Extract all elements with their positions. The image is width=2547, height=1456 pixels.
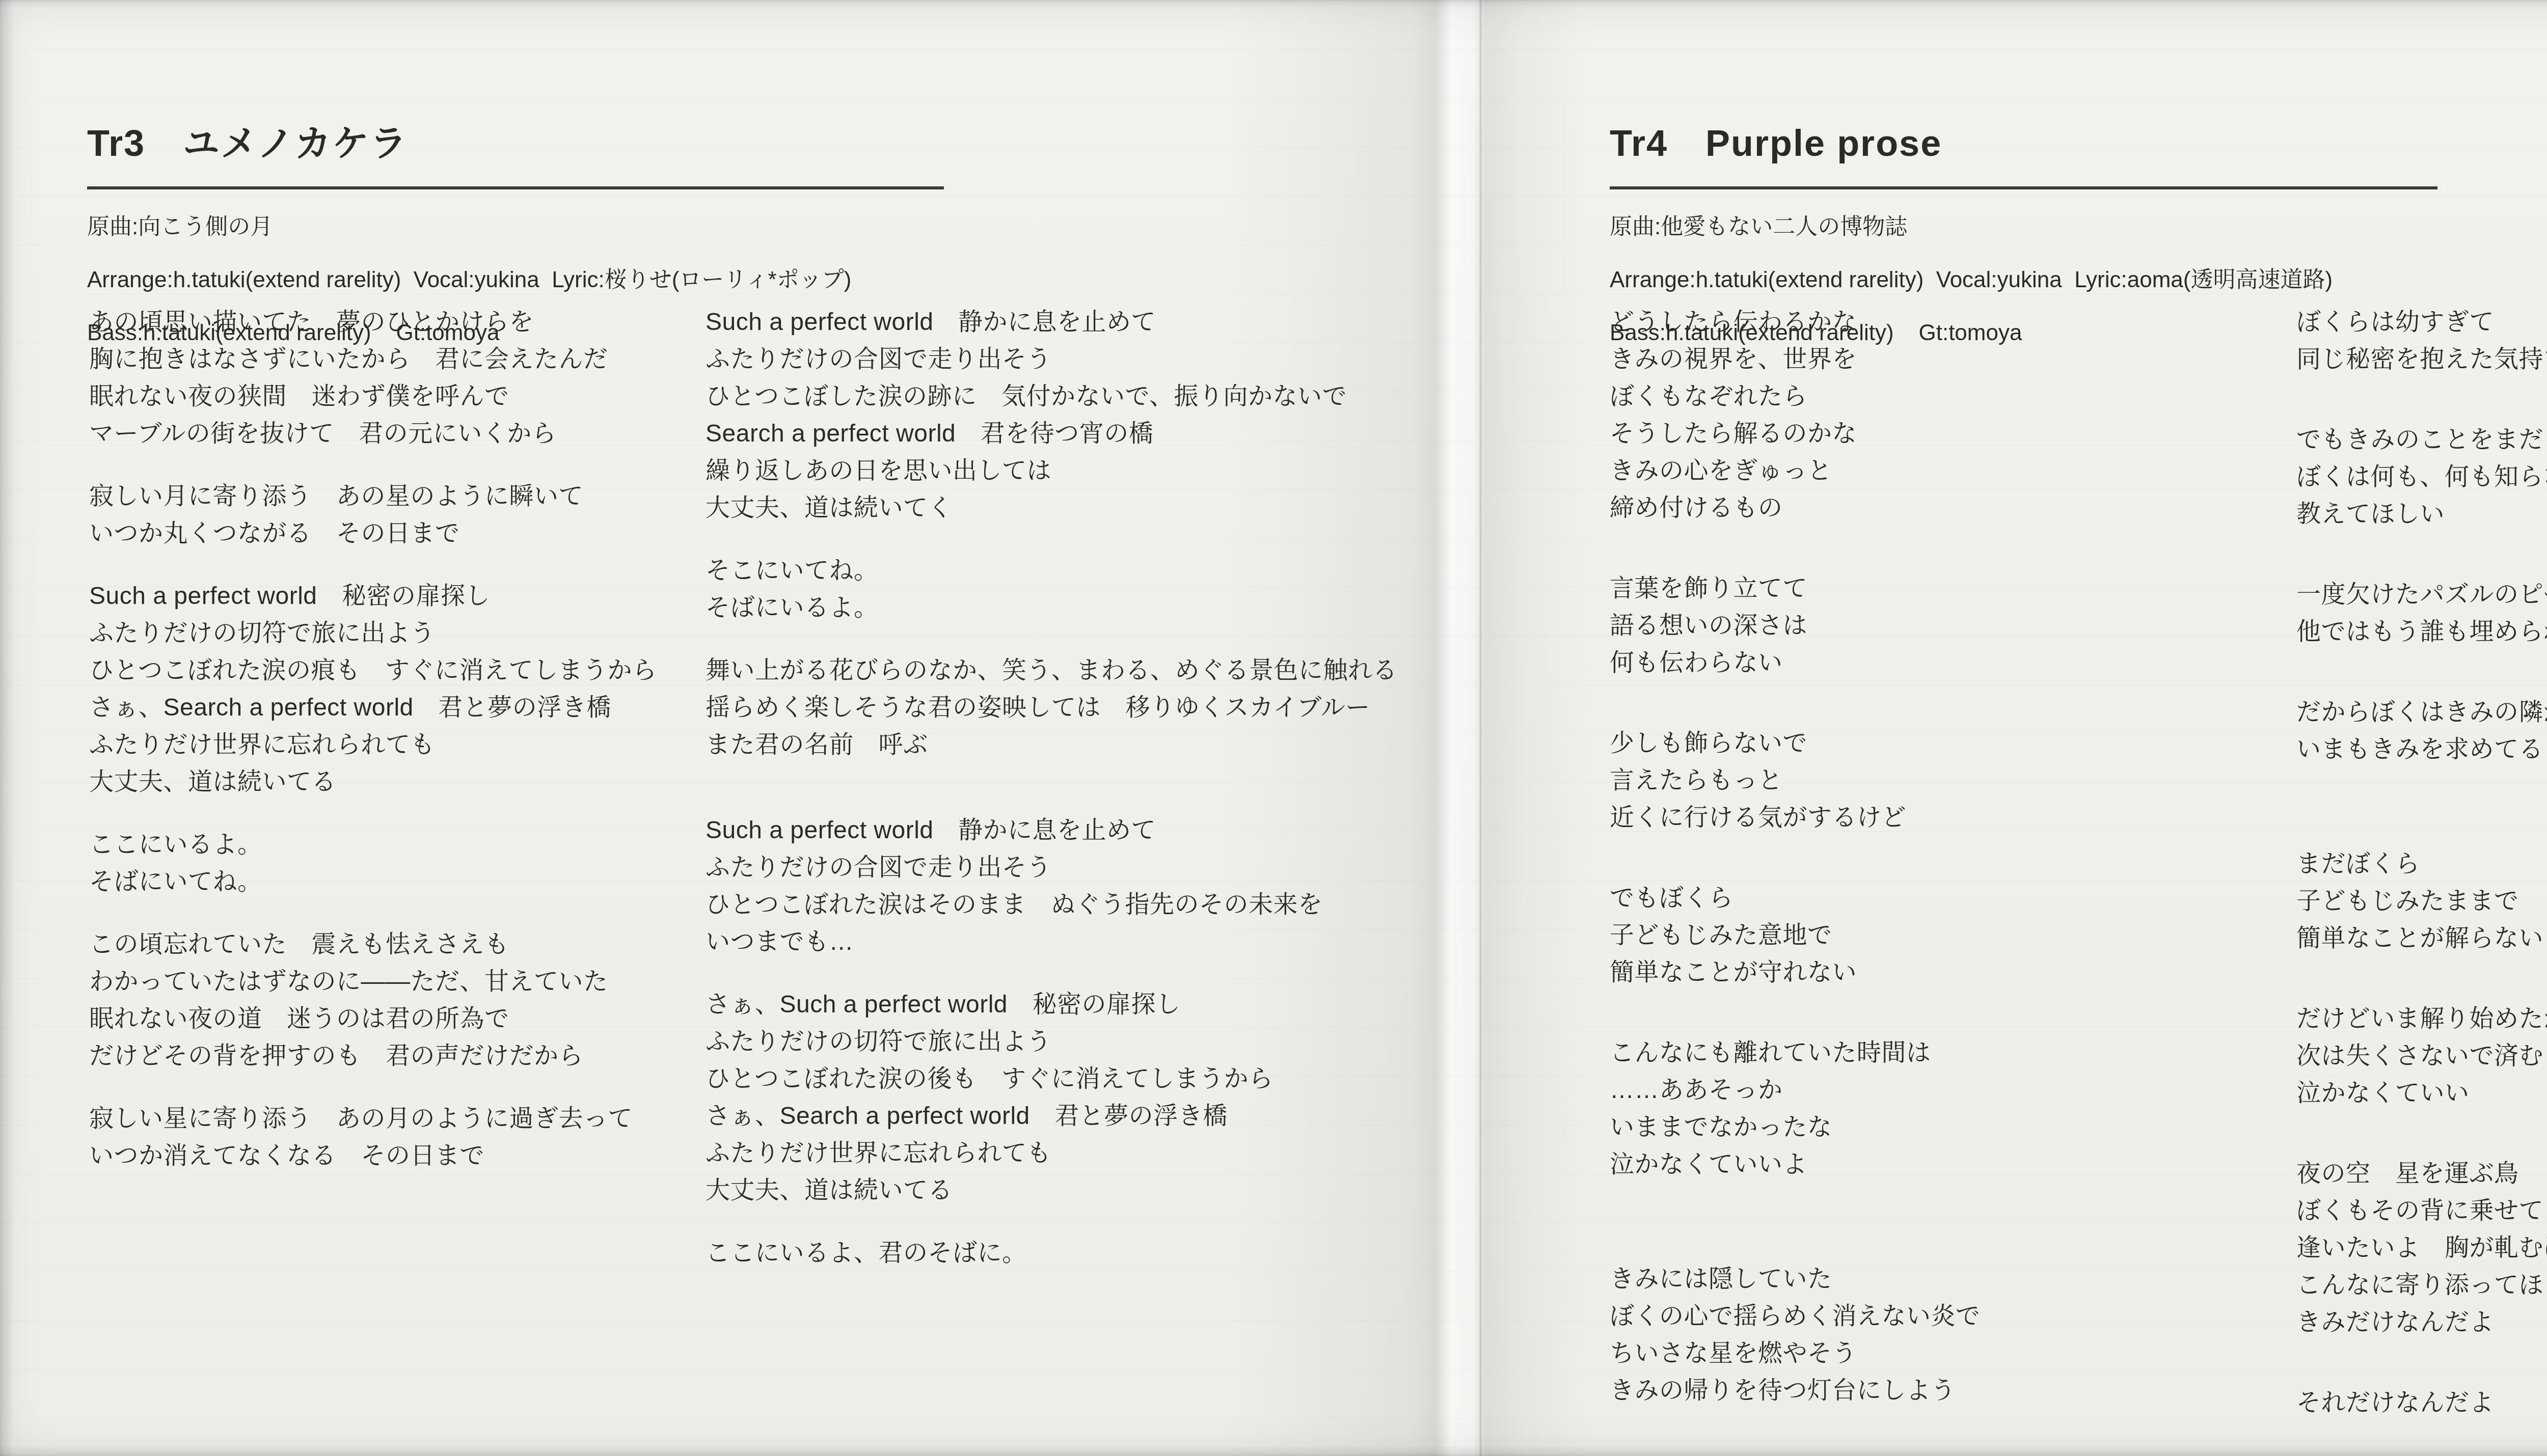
stanza: Such a perfect world 秘密の扉探しふたりだけの切符で旅に出よ…	[89, 578, 657, 801]
lyric-line: きみの心をぎゅっと	[1610, 452, 1981, 489]
lyric-line: だからぼくはきみの隣がいい	[2296, 694, 2547, 731]
stanza: それだけなんだよ	[2296, 1384, 2547, 1421]
lyric-line: 眠れない夜の道 迷うのは君の所為で	[89, 1000, 657, 1037]
lyric-line: いまもきみを求めてる	[2296, 731, 2547, 768]
lyric-line: それだけなんだよ	[2296, 1384, 2547, 1421]
lyric-line: ふたりだけ世界に忘れられても	[89, 726, 657, 763]
lyric-line: ぼくもその背に乗せてよ	[2296, 1192, 2547, 1229]
lyric-line: 締め付けるもの	[1610, 489, 1981, 527]
lyric-line: きみの視界を、世界を	[1610, 341, 1981, 378]
tr3-lyrics-column-2: Such a perfect world 静かに息を止めてふたりだけの合図で走り…	[706, 304, 1397, 1272]
lyric-line: ふたりだけ世界に忘れられても	[706, 1135, 1397, 1172]
lyric-line: ふたりだけの合図で走り出そう	[706, 341, 1397, 378]
lyric-line: さぁ、Such a perfect world 秘密の扉探し	[706, 986, 1397, 1023]
stanza: 一度欠けたパズルのピース他ではもう誰も埋められない	[2296, 576, 2547, 650]
lyric-line: ふたりだけの切符で旅に出よう	[89, 615, 657, 652]
page-fold-crease	[1480, 0, 1481, 1456]
stanza: この頃忘れていた 震えも怯えさえもわかっていたはずなのに――ただ、甘えていた眠れ…	[89, 926, 657, 1075]
stanza: でもきみのことをまだぼくは何も、何も知らない教えてほしい	[2296, 421, 2547, 533]
stanza: あの頃思い描いてた 夢のひとかけらを胸に抱きはなさずにいたから 君に会えたんだ眠…	[89, 304, 657, 452]
lyric-line: 他ではもう誰も埋められない	[2296, 613, 2547, 650]
lyric-line: Such a perfect world 静かに息を止めて	[706, 812, 1397, 849]
track-origin: 原曲:向こう側の月	[87, 210, 944, 244]
track-title: Tr4 Purple prose	[1610, 124, 2437, 163]
stanza: Such a perfect world 静かに息を止めてふたりだけの合図で走り…	[706, 304, 1397, 527]
stanza: ここにいるよ。そばにいてね。	[89, 826, 657, 900]
stanza: ぼくらは幼すぎて同じ秘密を抱えた気持ちに浸って	[2296, 304, 2547, 378]
stanza: Such a perfect world 静かに息を止めてふたりだけの合図で走り…	[706, 812, 1397, 960]
lyric-line: 大丈夫、道は続いてる	[89, 763, 657, 801]
title-underline	[87, 186, 944, 189]
lyric-line: どうしたら伝わるかな	[1610, 304, 1981, 341]
lyric-line: まだぼくら	[2296, 845, 2547, 883]
stanza: さぁ、Such a perfect world 秘密の扉探しふたりだけの切符で旅…	[706, 986, 1397, 1209]
lyric-line: 近くに行ける気がするけど	[1610, 799, 1981, 836]
lyric-line: いつまでも…	[706, 923, 1397, 960]
lyric-line: 同じ秘密を抱えた気持ちに浸って	[2296, 341, 2547, 378]
lyric-line: 繰り返しあの日を思い出しては	[706, 452, 1397, 489]
lyric-line: 言葉を飾り立てて	[1610, 570, 1981, 607]
lyric-line: いつか丸くつながる その日まで	[89, 515, 657, 552]
lyric-line: Such a perfect world 秘密の扉探し	[89, 578, 657, 615]
stanza: 言葉を飾り立てて語る想いの深さは何も伝わらない	[1610, 570, 1981, 681]
lyric-line: ここにいるよ。	[89, 826, 657, 863]
stanza: でもぼくら子どもじみた意地で簡単なことが守れない	[1610, 880, 1981, 991]
tr4-lyrics-column-1: どうしたら伝わるかなきみの視界を、世界をぼくもなぞれたらそうしたら解るのかなきみ…	[1610, 304, 1981, 1409]
lyric-line: マーブルの街を抜けて 君の元にいくから	[89, 415, 657, 452]
lyric-line: そばにいるよ。	[706, 589, 1397, 626]
lyric-line: 揺らめく楽しそうな君の姿映しては 移りゆくスカイブルー	[706, 689, 1397, 726]
lyric-line: 大丈夫、道は続いてる	[706, 1172, 1397, 1209]
lyric-line: きみの帰りを待つ灯台にしよう	[1610, 1372, 1981, 1409]
lyric-line: いつか消えてなくなる その日まで	[89, 1137, 657, 1174]
lyric-line: 簡単なことが守れない	[1610, 954, 1981, 991]
track-title: Tr3 ユメノカケラ	[87, 124, 944, 163]
lyric-line: ひとつこぼした涙の跡に 気付かないで、振り向かないで	[706, 378, 1397, 415]
stanza: だからぼくはきみの隣がいいいまもきみを求めてる	[2296, 694, 2547, 768]
lyric-line: 子どもじみた意地で	[1610, 917, 1981, 954]
tr3-lyrics-column-1: あの頃思い描いてた 夢のひとかけらを胸に抱きはなさずにいたから 君に会えたんだ眠…	[89, 304, 657, 1174]
lyric-line: でもきみのことをまだ	[2296, 421, 2547, 458]
track-credits-line1: Arrange:h.tatuki(extend rarelity) Vocal:…	[1610, 263, 2437, 297]
lyric-line: Such a perfect world 静かに息を止めて	[706, 304, 1397, 341]
lyric-line: ぼくは何も、何も知らない	[2296, 458, 2547, 496]
lyric-line: 語る想いの深さは	[1610, 607, 1981, 644]
lyric-line: ふたりだけの切符で旅に出よう	[706, 1023, 1397, 1060]
scan-edge-shadow-bottom	[0, 1445, 2547, 1456]
stanza: 少しも飾らないで言えたらもっと近くに行ける気がするけど	[1610, 725, 1981, 836]
title-underline	[1610, 186, 2437, 189]
lyric-line: こんなにも離れていた時間は	[1610, 1034, 1981, 1072]
lyric-line: 舞い上がる花びらのなか、笑う、まわる、めぐる景色に触れる	[706, 652, 1397, 689]
lyric-line: 泣かなくていい	[2296, 1075, 2547, 1112]
lyric-line: 子どもじみたままで	[2296, 883, 2547, 920]
lyric-line: ぼくもなぞれたら	[1610, 378, 1981, 415]
scan-edge-shadow-top	[0, 0, 2547, 8]
lyric-line: 言えたらもっと	[1610, 762, 1981, 799]
lyric-line: 一度欠けたパズルのピース	[2296, 576, 2547, 613]
scan-edge-shadow-left	[0, 0, 14, 1456]
lyric-line: 寂しい月に寄り添う あの星のように瞬いて	[89, 478, 657, 515]
stanza: そこにいてね。そばにいるよ。	[706, 552, 1397, 626]
lyric-line: ひとつこぼれた涙の痕も すぐに消えてしまうから	[89, 652, 657, 689]
lyric-line: さぁ、Search a perfect world 君と夢の浮き橋	[706, 1097, 1397, 1135]
stanza: ここにいるよ、君のそばに。	[706, 1234, 1397, 1272]
lyric-line: ここにいるよ、君のそばに。	[706, 1234, 1397, 1272]
lyric-line: 寂しい星に寄り添う あの月のように過ぎ去って	[89, 1100, 657, 1137]
lyric-line: きみには隠していた	[1610, 1260, 1981, 1298]
lyric-line: きみだけなんだよ	[2296, 1304, 2547, 1341]
lyric-line: いままでなかったな	[1610, 1109, 1981, 1146]
lyric-line: 次は失くさないで済むよ	[2296, 1037, 2547, 1075]
stanza: こんなにも離れていた時間は……ああそっかいままでなかったな泣かなくていいよ	[1610, 1034, 1981, 1183]
lyric-line: ひとつこぼれた涙の後も すぐに消えてしまうから	[706, 1060, 1397, 1097]
stanza: だけどいま解り始めたから次は失くさないで済むよ泣かなくていい	[2296, 1000, 2547, 1112]
lyric-line: 教えてほしい	[2296, 496, 2547, 533]
lyric-line: この頃忘れていた 震えも怯えさえも	[89, 926, 657, 963]
tr4-lyrics-column-2: ぼくらは幼すぎて同じ秘密を抱えた気持ちに浸ってでもきみのことをまだぼくは何も、何…	[2296, 304, 2547, 1421]
stanza: まだぼくら子どもじみたままで簡単なことが解らない	[2296, 845, 2547, 957]
lyric-line: 逢いたいよ 胸が軋むほど	[2296, 1229, 2547, 1267]
booklet-scan: Tr3 ユメノカケラ 原曲:向こう側の月 Arrange:h.tatuki(ex…	[0, 0, 2547, 1456]
lyric-line: そうしたら解るのかな	[1610, 415, 1981, 452]
lyric-line: だけどその背を押すのも 君の声だけだから	[89, 1037, 657, 1075]
track-origin: 原曲:他愛もない二人の博物誌	[1610, 210, 2437, 244]
lyric-line: 泣かなくていいよ	[1610, 1146, 1981, 1183]
lyric-line: あの頃思い描いてた 夢のひとかけらを	[89, 304, 657, 341]
lyric-line: 胸に抱きはなさずにいたから 君に会えたんだ	[89, 341, 657, 378]
lyric-line: だけどいま解り始めたから	[2296, 1000, 2547, 1037]
lyric-line: 少しも飾らないで	[1610, 725, 1981, 762]
stanza: 寂しい星に寄り添う あの月のように過ぎ去っていつか消えてなくなる その日まで	[89, 1100, 657, 1174]
stanza: 夜の空 星を運ぶ鳥ぼくもその背に乗せてよ逢いたいよ 胸が軋むほどこんなに寄り添っ…	[2296, 1155, 2547, 1341]
stanza: どうしたら伝わるかなきみの視界を、世界をぼくもなぞれたらそうしたら解るのかなきみ…	[1610, 304, 1981, 527]
lyric-line: でもぼくら	[1610, 880, 1981, 917]
lyric-line: そこにいてね。	[706, 552, 1397, 589]
lyric-line: 夜の空 星を運ぶ鳥	[2296, 1155, 2547, 1192]
lyric-line: こんなに寄り添ってほしいのは	[2296, 1267, 2547, 1304]
lyric-line: ひとつこぼれた涙はそのまま ぬぐう指先のその未来を	[706, 886, 1397, 923]
lyric-line: ふたりだけの合図で走り出そう	[706, 849, 1397, 886]
lyric-line: 何も伝わらない	[1610, 644, 1981, 681]
lyric-line: ……ああそっか	[1610, 1072, 1981, 1109]
track-credits-line1: Arrange:h.tatuki(extend rarelity) Vocal:…	[87, 263, 944, 297]
lyric-line: Search a perfect world 君を待つ宵の橋	[706, 415, 1397, 452]
stanza: 寂しい月に寄り添う あの星のように瞬いていつか丸くつながる その日まで	[89, 478, 657, 552]
stanza: きみには隠していたぼくの心で揺らめく消えない炎でちいさな星を燃やそうきみの帰りを…	[1610, 1260, 1981, 1409]
lyric-line: ぼくらは幼すぎて	[2296, 304, 2547, 341]
lyric-line: ぼくの心で揺らめく消えない炎で	[1610, 1298, 1981, 1335]
lyric-line: 大丈夫、道は続いてく	[706, 489, 1397, 527]
lyric-line: また君の名前 呼ぶ	[706, 726, 1397, 763]
lyric-line: さぁ、Search a perfect world 君と夢の浮き橋	[89, 689, 657, 726]
lyric-line: 眠れない夜の狭間 迷わず僕を呼んで	[89, 378, 657, 415]
lyric-line: わかっていたはずなのに――ただ、甘えていた	[89, 963, 657, 1000]
lyric-line: 簡単なことが解らない	[2296, 920, 2547, 957]
lyric-line: そばにいてね。	[89, 863, 657, 900]
stanza: 舞い上がる花びらのなか、笑う、まわる、めぐる景色に触れる揺らめく楽しそうな君の姿…	[706, 652, 1397, 763]
lyric-line: ちいさな星を燃やそう	[1610, 1335, 1981, 1372]
